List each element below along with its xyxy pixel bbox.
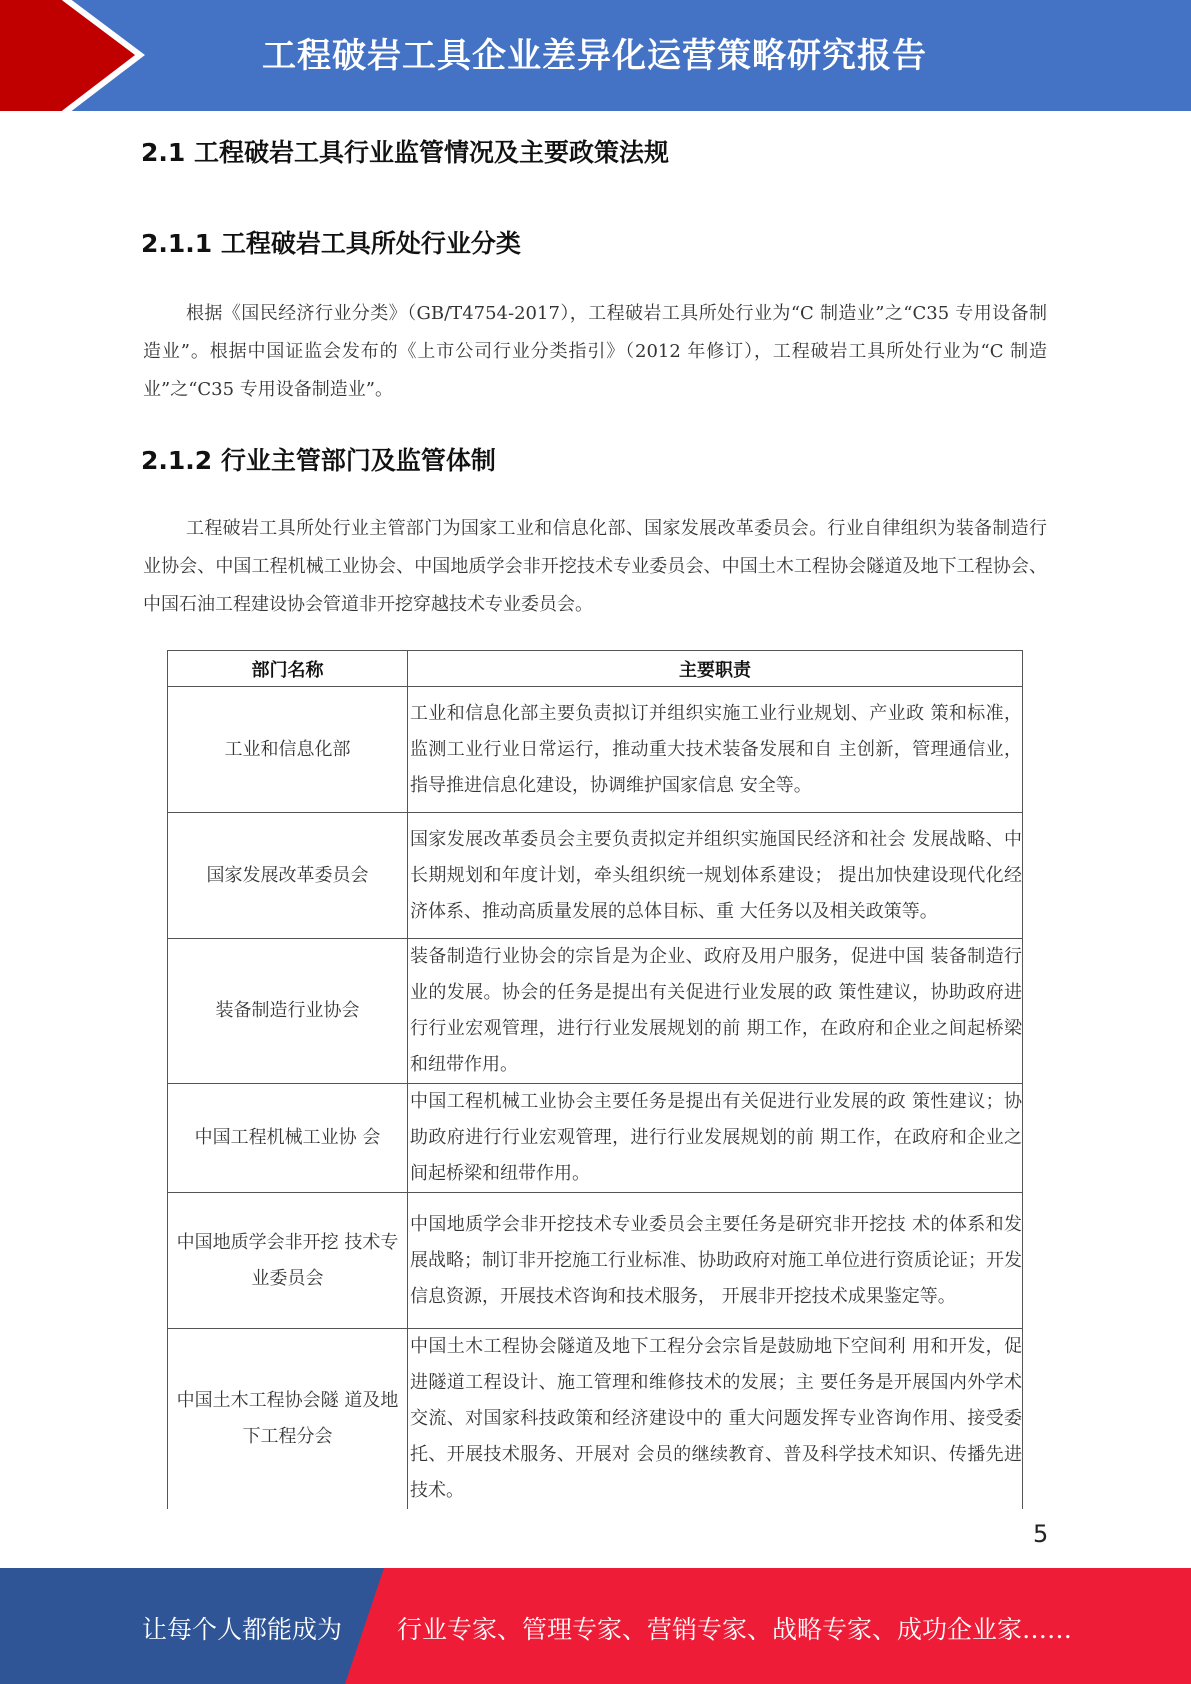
department-name-cell: 国家发展改革委员会 <box>168 813 408 939</box>
table-row: 装备制造行业协会 装备制造行业协会的宗旨是为企业、政府及用户服务，促进中国 装备… <box>168 939 1023 1084</box>
department-name-cell: 中国土木工程协会隧 道及地下工程分会 <box>168 1329 408 1510</box>
regulatory-authority-paragraph: 工程破岩工具所处行业主管部门为国家工业和信息化部、国家发展改革委员会。行业自律组… <box>143 510 1047 624</box>
footer-slogan-right: 行业专家、管理专家、营销专家、战略专家、成功企业家…… <box>397 1610 1072 1646</box>
responsibility-cell: 中国工程机械工业协会主要任务是提出有关促进行业发展的政 策性建议；协助政府进行行… <box>408 1084 1023 1193</box>
report-title: 工程破岩工具企业差异化运营策略研究报告 <box>262 28 927 77</box>
regulatory-bodies-table: 部门名称 主要职责 工业和信息化部 工业和信息化部主要负责拟订并组织实施工业行业… <box>167 650 1023 1509</box>
page-number: 5 <box>1033 1520 1048 1548</box>
department-name-cell: 中国工程机械工业协 会 <box>168 1084 408 1193</box>
page-footer-banner: 让每个人都能成为 行业专家、管理专家、营销专家、战略专家、成功企业家…… <box>0 1568 1191 1684</box>
department-name-cell: 工业和信息化部 <box>168 687 408 813</box>
red-arrow-icon <box>0 0 200 111</box>
table-row: 中国土木工程协会隧 道及地下工程分会 中国土木工程协会隧道及地下工程分会宗旨是鼓… <box>168 1329 1023 1510</box>
section-heading-2-1-2: 2.1.2 行业主管部门及监管体制 <box>141 441 496 477</box>
page-header-banner: 工程破岩工具企业差异化运营策略研究报告 <box>0 0 1191 111</box>
responsibility-cell: 中国地质学会非开挖技术专业委员会主要任务是研究非开挖技 术的体系和发展战略；制订… <box>408 1193 1023 1329</box>
responsibility-cell: 中国土木工程协会隧道及地下工程分会宗旨是鼓励地下空间利 用和开发，促进隧道工程设… <box>408 1329 1023 1510</box>
section-heading-2-1-1: 2.1.1 工程破岩工具所处行业分类 <box>141 224 521 260</box>
footer-slogan-left: 让每个人都能成为 <box>142 1610 342 1646</box>
column-header-responsibilities: 主要职责 <box>408 651 1023 687</box>
column-header-department: 部门名称 <box>168 651 408 687</box>
table-row: 工业和信息化部 工业和信息化部主要负责拟订并组织实施工业行业规划、产业政 策和标… <box>168 687 1023 813</box>
table-row: 国家发展改革委员会 国家发展改革委员会主要负责拟定并组织实施国民经济和社会 发展… <box>168 813 1023 939</box>
section-heading-2-1: 2.1 工程破岩工具行业监管情况及主要政策法规 <box>141 133 669 169</box>
department-name-cell: 装备制造行业协会 <box>168 939 408 1084</box>
table-row: 中国工程机械工业协 会 中国工程机械工业协会主要任务是提出有关促进行业发展的政 … <box>168 1084 1023 1193</box>
table-header-row: 部门名称 主要职责 <box>168 651 1023 687</box>
department-name-cell: 中国地质学会非开挖 技术专业委员会 <box>168 1193 408 1329</box>
responsibility-cell: 国家发展改革委员会主要负责拟定并组织实施国民经济和社会 发展战略、中长期规划和年… <box>408 813 1023 939</box>
table-row: 中国地质学会非开挖 技术专业委员会 中国地质学会非开挖技术专业委员会主要任务是研… <box>168 1193 1023 1329</box>
responsibility-cell: 工业和信息化部主要负责拟订并组织实施工业行业规划、产业政 策和标准，监测工业行业… <box>408 687 1023 813</box>
industry-classification-paragraph: 根据《国民经济行业分类》（GB/T4754-2017），工程破岩工具所处行业为“… <box>143 295 1047 409</box>
responsibility-cell: 装备制造行业协会的宗旨是为企业、政府及用户服务，促进中国 装备制造行业的发展。协… <box>408 939 1023 1084</box>
